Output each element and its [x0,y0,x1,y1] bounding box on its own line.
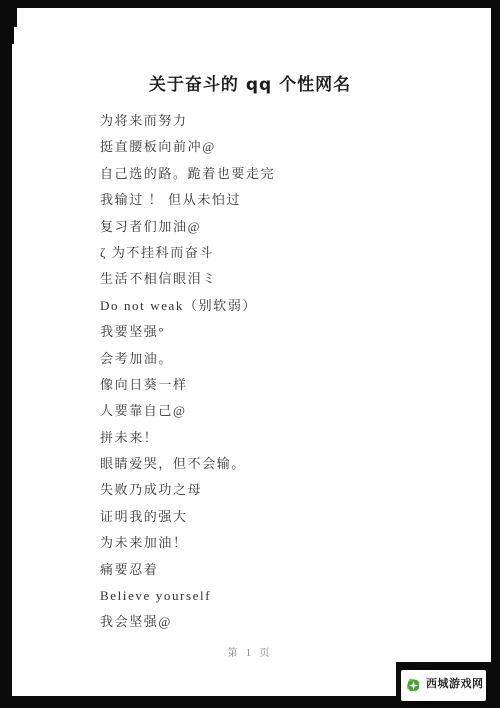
nickname-line: 我要坚强° [100,319,460,345]
nickname-line: ζ 为不挂科而奋斗 [100,240,460,266]
nickname-line: 像向日葵一样 [100,372,460,398]
site-watermark: 西城游戏网 ····························· [401,670,486,701]
nickname-line: 会考加油。 [100,346,460,372]
watermark-subtext: ····························· [426,690,483,695]
nickname-line: Do not weak（别软弱） [100,293,460,319]
nickname-line: 失败乃成功之母 [100,477,460,503]
frame-top-left-corner [0,0,17,27]
nickname-line: 人要靠自己@ [100,398,460,424]
nickname-line: 证明我的强大 [100,504,460,530]
nickname-line: 自己选的路。跪着也要走完 [100,161,460,187]
nickname-line: 我输过 ！ 但从未怕过 [100,187,460,213]
watermark-site-name: 西城游戏网 [426,677,483,690]
page-title: 关于奋斗的 qq 个性网名 [0,70,500,95]
frame-top-edge [0,0,500,8]
frame-top-left-step [0,27,14,44]
leaf-icon [404,676,423,695]
frame-right-edge [491,0,500,708]
watermark-text-block: 西城游戏网 ····························· [426,677,483,695]
nickname-line: 痛要忍着 [100,557,460,583]
frame-left-edge [0,0,12,708]
nickname-line: 挺直腰板向前冲@ [100,134,460,160]
nickname-list: 为将来而努力 挺直腰板向前冲@ 自己选的路。跪着也要走完 我输过 ！ 但从未怕过… [100,108,460,636]
nickname-line: 为未来加油！ [100,530,460,556]
nickname-line: 拼未来！ [100,425,460,451]
nickname-line: 为将来而努力 [100,108,460,134]
page-number: 第 1 页 [0,644,500,659]
nickname-line: Believe yourself [100,583,460,609]
nickname-line: 复习者们加油@ [100,214,460,240]
nickname-line: 生活不相信眼泪ミ [100,266,460,292]
nickname-line: 我会坚强@ [100,609,460,635]
nickname-line: 眼睛爱哭，但不会输。 [100,451,460,477]
